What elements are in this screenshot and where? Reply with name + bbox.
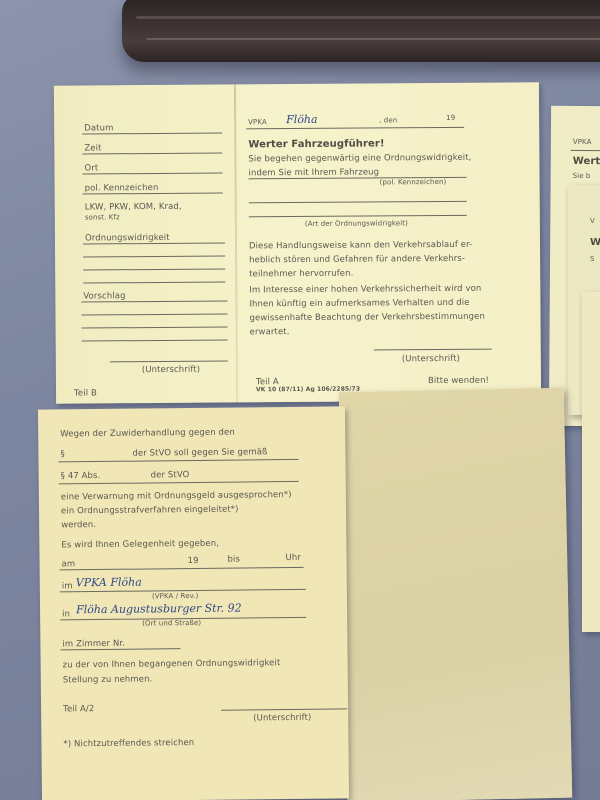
side-label-sie: Sie b — [573, 172, 591, 180]
side-form-3 — [582, 292, 600, 632]
side-label-v: V — [590, 217, 595, 225]
signature-label-b: (Unterschrift) — [142, 365, 200, 375]
office-caption: (VPKA / Rev.) — [152, 592, 199, 600]
address-caption: (Ort und Straße) — [142, 619, 201, 628]
signature-line — [221, 708, 347, 710]
fold-line — [234, 84, 238, 402]
signature-line — [374, 349, 492, 351]
year-label: 19 — [187, 556, 198, 566]
side-label-s: S — [590, 255, 595, 263]
para2-line2: Ihnen künftig ein aufmerksames Verhalten… — [249, 298, 469, 310]
signature-label-a: (Unterschrift) — [402, 354, 460, 364]
signature-label-a2: (Unterschrift) — [253, 713, 311, 724]
header-line — [246, 127, 464, 130]
field-line — [83, 193, 223, 195]
year-prefix: 19 — [446, 114, 455, 122]
field-datum: Datum — [84, 123, 113, 133]
para1-line1: Diese Handlungsweise kann den Verkehrsab… — [249, 240, 472, 252]
field-line — [82, 153, 222, 155]
werden-text: werden. — [61, 520, 96, 530]
handwritten-office: VPKA Flöha — [76, 576, 142, 590]
suggestion-label: Vorschlag — [83, 291, 125, 301]
closing-line-2: Stellung zu nehmen. — [63, 674, 153, 685]
option-proceedings: ein Ordnungsstrafverfahren eingeleitet*) — [61, 505, 239, 517]
am-label: am — [62, 559, 76, 569]
plate-caption: (pol. Kennzeichen) — [380, 178, 447, 186]
chance-text: Es wird Ihnen Gelegenheit gegeben, — [61, 539, 219, 551]
para2-line3: gewissenhafte Beachtung der Verkehrsbest… — [249, 312, 484, 324]
field-line — [60, 648, 180, 650]
form-teil-a-b: Datum Zeit Ort pol. Kennzeichen LKW, PKW… — [54, 82, 541, 403]
violation-label: Ordnungswidrigkeit — [85, 233, 170, 244]
para2-line4: erwartet. — [250, 327, 290, 337]
field-line — [82, 326, 228, 328]
part-label-a2: Teil A/2 — [63, 704, 94, 714]
intro-line-1: Sie begehen gegenwärtig eine Ordnungswid… — [248, 153, 471, 165]
bis-label: bis — [227, 555, 240, 565]
uhr-label: Uhr — [285, 553, 301, 563]
stvo-line-1: der StVO soll gegen Sie gemäß — [132, 447, 267, 458]
in-label: in — [62, 609, 70, 619]
field-line — [249, 215, 467, 218]
form-front-page: Wegen der Zuwiderhandlung gegen den § de… — [38, 406, 349, 800]
side-label-vpka: VPKA — [573, 138, 592, 146]
closing-line-1: zu der von Ihnen begangenen Ordnungswidr… — [63, 658, 281, 670]
field-line — [58, 459, 298, 463]
vehicle-types-other: sonst. Kfz — [85, 213, 120, 221]
handwritten-location: Flöha — [286, 113, 318, 126]
field-line — [82, 339, 228, 341]
field-line — [83, 282, 225, 284]
form-title: Werter Fahrzeugführer! — [248, 138, 384, 150]
field-line — [83, 269, 225, 271]
abs-label: § 47 Abs. — [61, 471, 101, 481]
stvo-line-2: der StVO — [151, 470, 190, 480]
side-label-w: W — [590, 237, 600, 248]
option-warning: eine Verwarnung mit Ordnungsgeld ausgesp… — [61, 490, 292, 502]
im-label: im — [62, 581, 73, 591]
footnote: *) Nichtzutreffendes streichen — [63, 738, 194, 749]
divider — [571, 150, 600, 151]
field-line — [82, 133, 222, 135]
signature-line — [110, 360, 228, 362]
form-back-flap — [339, 388, 573, 800]
para1-line2: heblich stören und Gefahren für andere V… — [249, 254, 465, 266]
vpka-prefix: VPKA — [248, 118, 267, 126]
leather-wallet — [122, 0, 600, 62]
para1-line3: teilnehmer hervorrufen. — [249, 269, 353, 280]
field-line — [81, 300, 227, 302]
field-kennzeichen: pol. Kennzeichen — [85, 183, 159, 194]
field-line — [60, 567, 304, 571]
field-line — [83, 243, 225, 245]
para2-line1: Im Interesse einer hohen Verkehrssicherh… — [249, 284, 481, 296]
room-label: im Zimmer Nr. — [62, 639, 125, 650]
handwritten-address: Flöha Augustusburger Str. 92 — [76, 601, 242, 616]
violation-caption: (Art der Ordnungswidrigkeit) — [305, 219, 408, 228]
field-ort: Ort — [84, 163, 98, 173]
vehicle-types: LKW, PKW, KOM, Krad, — [85, 202, 182, 213]
field-line — [83, 256, 225, 258]
field-zeit: Zeit — [84, 143, 101, 153]
intro-line: Wegen der Zuwiderhandlung gegen den — [60, 428, 235, 440]
para-symbol: § — [60, 449, 64, 459]
field-line — [81, 313, 227, 315]
side-label-wert: Wert — [573, 156, 600, 167]
turn-over-note: Bitte wenden! — [428, 376, 489, 386]
form-teil-a2: Wegen der Zuwiderhandlung gegen den § de… — [40, 390, 570, 800]
date-prefix: , den — [379, 116, 397, 124]
field-line — [249, 201, 467, 204]
field-line — [59, 481, 299, 485]
field-line — [83, 173, 223, 175]
